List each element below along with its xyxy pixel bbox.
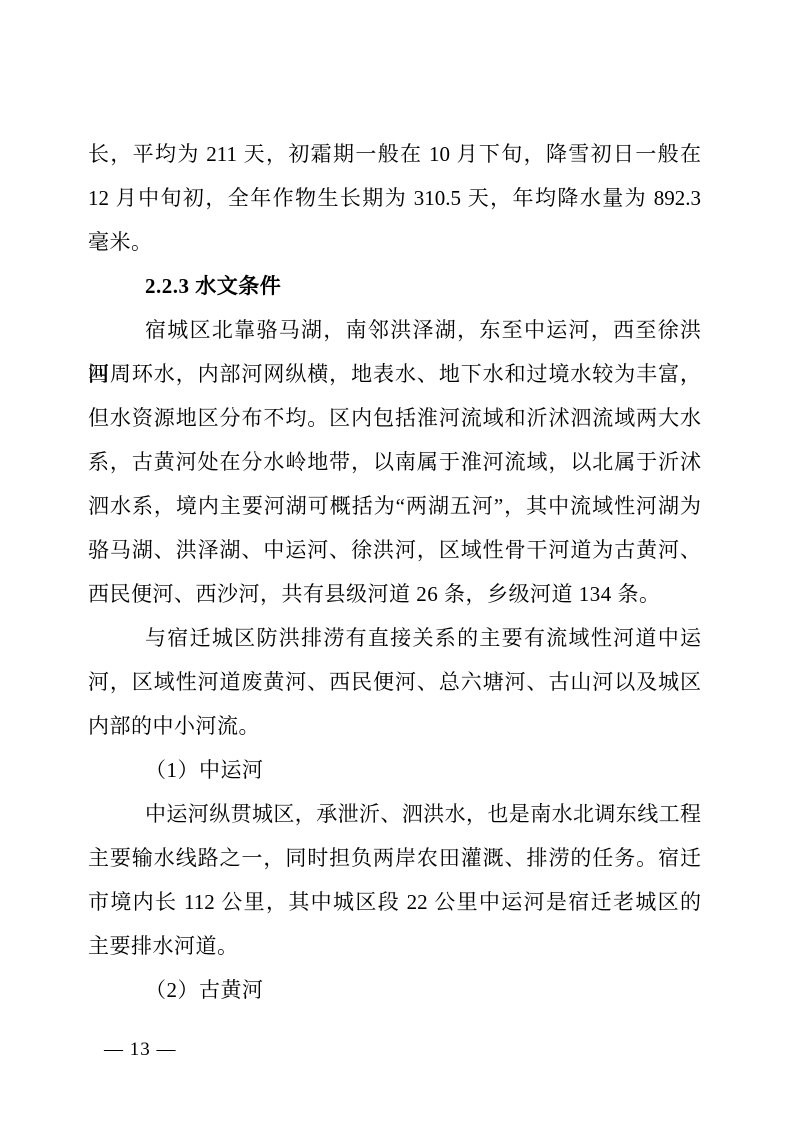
paragraph-line: 与宿迁城区防洪排涝有直接关系的主要有流域性河道中运 xyxy=(88,616,701,660)
section-heading: 2.2.3 水文条件 xyxy=(88,264,701,308)
paragraph-line: 系，古黄河处在分水岭地带，以南属于淮河流域，以北属于沂沭 xyxy=(88,440,701,484)
paragraph-line: 主要输水线路之一，同时担负两岸农田灌溉、排涝的任务。宿迁 xyxy=(88,836,701,880)
list-item-label: （1）中运河 xyxy=(88,748,701,792)
paragraph-line: 西民便河、西沙河，共有县级河道 26 条，乡级河道 134 条。 xyxy=(88,572,701,616)
document-page: 长，平均为 211 天，初霜期一般在 10 月下旬，降雪初日一般在 12 月中旬… xyxy=(0,0,793,1122)
paragraph-line: 宿城区北靠骆马湖，南邻洪泽湖，东至中运河，西至徐洪河， xyxy=(88,308,701,352)
paragraph-line: 但水资源地区分布不均。区内包括淮河流域和沂沭泗流域两大水 xyxy=(88,396,701,440)
page-content: 长，平均为 211 天，初霜期一般在 10 月下旬，降雪初日一般在 12 月中旬… xyxy=(88,132,701,1012)
paragraph-line: 四周环水，内部河网纵横，地表水、地下水和过境水较为丰富， xyxy=(88,352,701,396)
list-item-label: （2）古黄河 xyxy=(88,968,701,1012)
page-number: — 13 — xyxy=(104,1040,177,1059)
paragraph-line: 内部的中小河流。 xyxy=(88,704,701,748)
paragraph-line: 长，平均为 211 天，初霜期一般在 10 月下旬，降雪初日一般在 xyxy=(88,132,701,176)
paragraph-line: 骆马湖、洪泽湖、中运河、徐洪河，区域性骨干河道为古黄河、 xyxy=(88,528,701,572)
paragraph-line: 主要排水河道。 xyxy=(88,924,701,968)
paragraph-line: 12 月中旬初，全年作物生长期为 310.5 天，年均降水量为 892.3 xyxy=(88,176,701,220)
paragraph-line: 河，区域性河道废黄河、西民便河、总六塘河、古山河以及城区 xyxy=(88,660,701,704)
paragraph-line: 中运河纵贯城区，承泄沂、泗洪水，也是南水北调东线工程 xyxy=(88,792,701,836)
paragraph-line: 泗水系，境内主要河湖可概括为“两湖五河”，其中流域性河湖为 xyxy=(88,484,701,528)
paragraph-line: 毫米。 xyxy=(88,220,701,264)
paragraph-line: 市境内长 112 公里，其中城区段 22 公里中运河是宿迁老城区的 xyxy=(88,880,701,924)
